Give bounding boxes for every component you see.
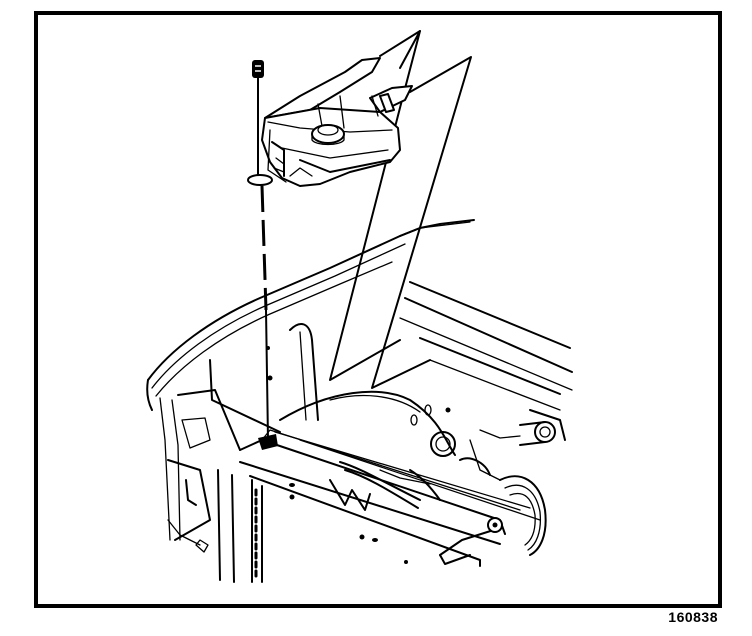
inner-fender-icon — [210, 324, 455, 456]
service-illustration — [0, 0, 752, 636]
radiator-support-icon — [240, 430, 540, 566]
headlamp-support-icon — [168, 390, 262, 582]
figure-number: 160838 — [668, 609, 718, 625]
cowl-icon — [400, 282, 572, 410]
engine-icon — [460, 410, 565, 555]
reservoir-icon — [262, 58, 412, 186]
fender-icon — [147, 220, 474, 540]
